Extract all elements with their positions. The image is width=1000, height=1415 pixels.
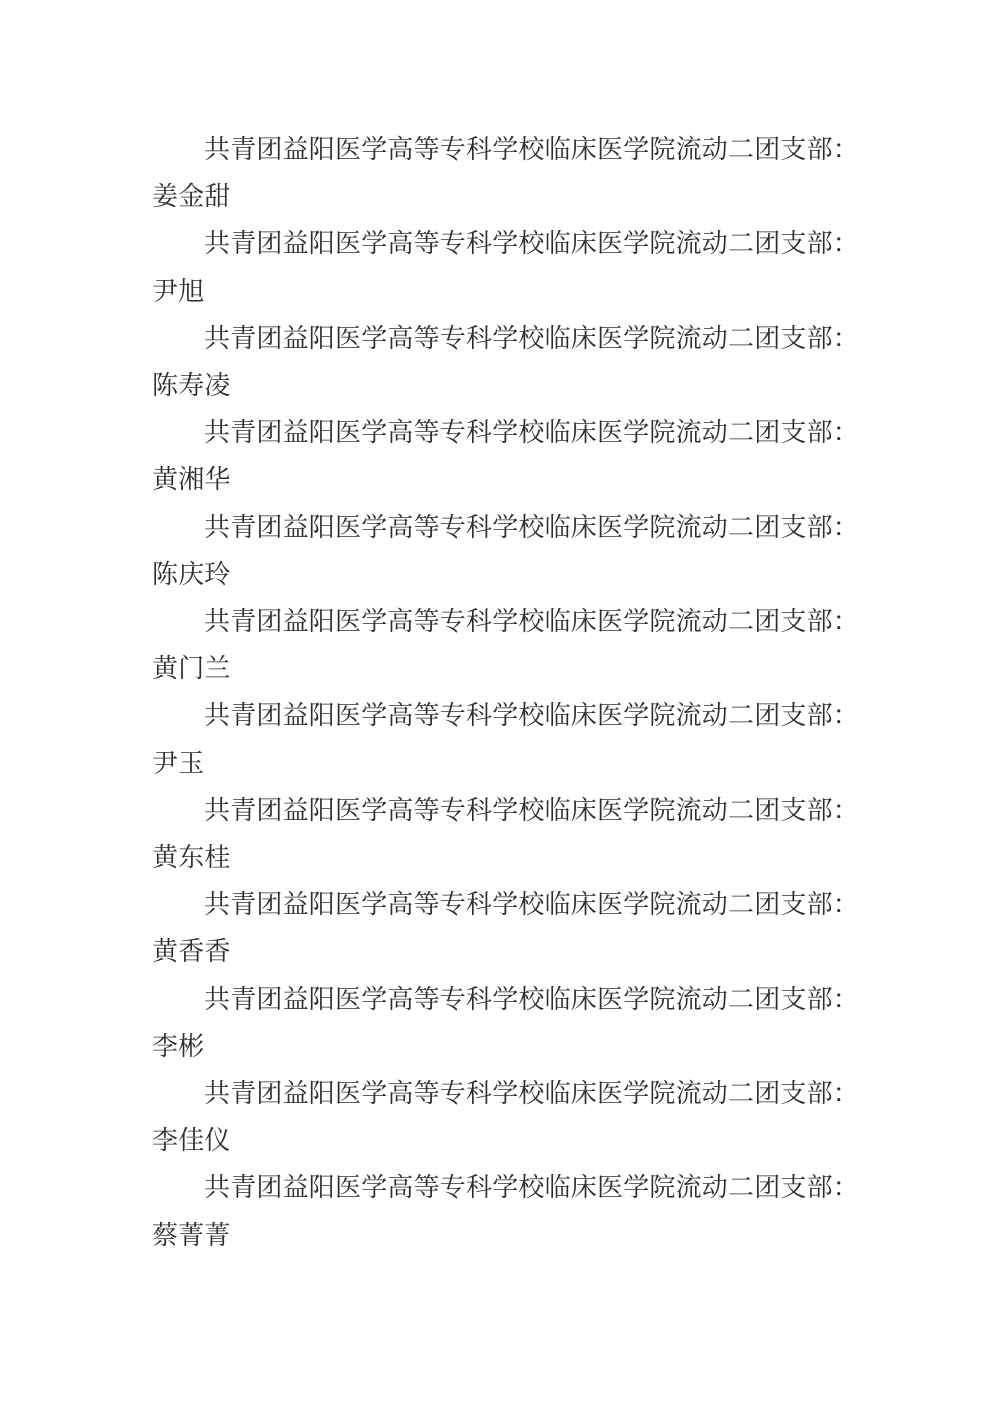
member-name: 黄湘华 xyxy=(152,456,862,503)
member-name: 黄东桂 xyxy=(152,834,862,881)
membership-entry: 共青团益阳医学高等专科学校临床医学院流动二团支部： 陈寿凌 xyxy=(152,315,862,409)
branch-line: 共青团益阳医学高等专科学校临床医学院流动二团支部： xyxy=(152,598,862,645)
branch-line: 共青团益阳医学高等专科学校临床医学院流动二团支部： xyxy=(152,126,862,173)
membership-entry: 共青团益阳医学高等专科学校临床医学院流动二团支部： 黄门兰 xyxy=(152,598,862,692)
member-name: 黄门兰 xyxy=(152,645,862,692)
member-name: 尹玉 xyxy=(152,740,862,787)
member-name: 陈寿凌 xyxy=(152,362,862,409)
member-name: 李佳仪 xyxy=(152,1117,862,1164)
member-name: 蔡菁菁 xyxy=(152,1212,862,1259)
member-name: 黄香香 xyxy=(152,928,862,975)
branch-line: 共青团益阳医学高等专科学校临床医学院流动二团支部： xyxy=(152,409,862,456)
membership-entry: 共青团益阳医学高等专科学校临床医学院流动二团支部： 尹旭 xyxy=(152,220,862,314)
membership-entry: 共青团益阳医学高等专科学校临床医学院流动二团支部： 黄香香 xyxy=(152,881,862,975)
membership-entry: 共青团益阳医学高等专科学校临床医学院流动二团支部： 蔡菁菁 xyxy=(152,1164,862,1258)
membership-entry: 共青团益阳医学高等专科学校临床医学院流动二团支部： 尹玉 xyxy=(152,692,862,786)
membership-entry: 共青团益阳医学高等专科学校临床医学院流动二团支部： 李彬 xyxy=(152,976,862,1070)
branch-line: 共青团益阳医学高等专科学校临床医学院流动二团支部： xyxy=(152,1164,862,1211)
branch-line: 共青团益阳医学高等专科学校临床医学院流动二团支部： xyxy=(152,692,862,739)
branch-line: 共青团益阳医学高等专科学校临床医学院流动二团支部： xyxy=(152,220,862,267)
membership-entry: 共青团益阳医学高等专科学校临床医学院流动二团支部： 李佳仪 xyxy=(152,1070,862,1164)
branch-line: 共青团益阳医学高等专科学校临床医学院流动二团支部： xyxy=(152,504,862,551)
membership-entry: 共青团益阳医学高等专科学校临床医学院流动二团支部： 姜金甜 xyxy=(152,126,862,220)
branch-line: 共青团益阳医学高等专科学校临床医学院流动二团支部： xyxy=(152,787,862,834)
document-page: 共青团益阳医学高等专科学校临床医学院流动二团支部： 姜金甜 共青团益阳医学高等专… xyxy=(0,0,1000,1415)
membership-entry: 共青团益阳医学高等专科学校临床医学院流动二团支部： 黄湘华 xyxy=(152,409,862,503)
member-name: 陈庆玲 xyxy=(152,551,862,598)
branch-line: 共青团益阳医学高等专科学校临床医学院流动二团支部： xyxy=(152,976,862,1023)
membership-entry: 共青团益阳医学高等专科学校临床医学院流动二团支部： 陈庆玲 xyxy=(152,504,862,598)
branch-line: 共青团益阳医学高等专科学校临床医学院流动二团支部： xyxy=(152,315,862,362)
document-text-block: 共青团益阳医学高等专科学校临床医学院流动二团支部： 姜金甜 共青团益阳医学高等专… xyxy=(152,126,862,1259)
membership-entry: 共青团益阳医学高等专科学校临床医学院流动二团支部： 黄东桂 xyxy=(152,787,862,881)
branch-line: 共青团益阳医学高等专科学校临床医学院流动二团支部： xyxy=(152,881,862,928)
member-name: 尹旭 xyxy=(152,268,862,315)
member-name: 李彬 xyxy=(152,1023,862,1070)
branch-line: 共青团益阳医学高等专科学校临床医学院流动二团支部： xyxy=(152,1070,862,1117)
member-name: 姜金甜 xyxy=(152,173,862,220)
